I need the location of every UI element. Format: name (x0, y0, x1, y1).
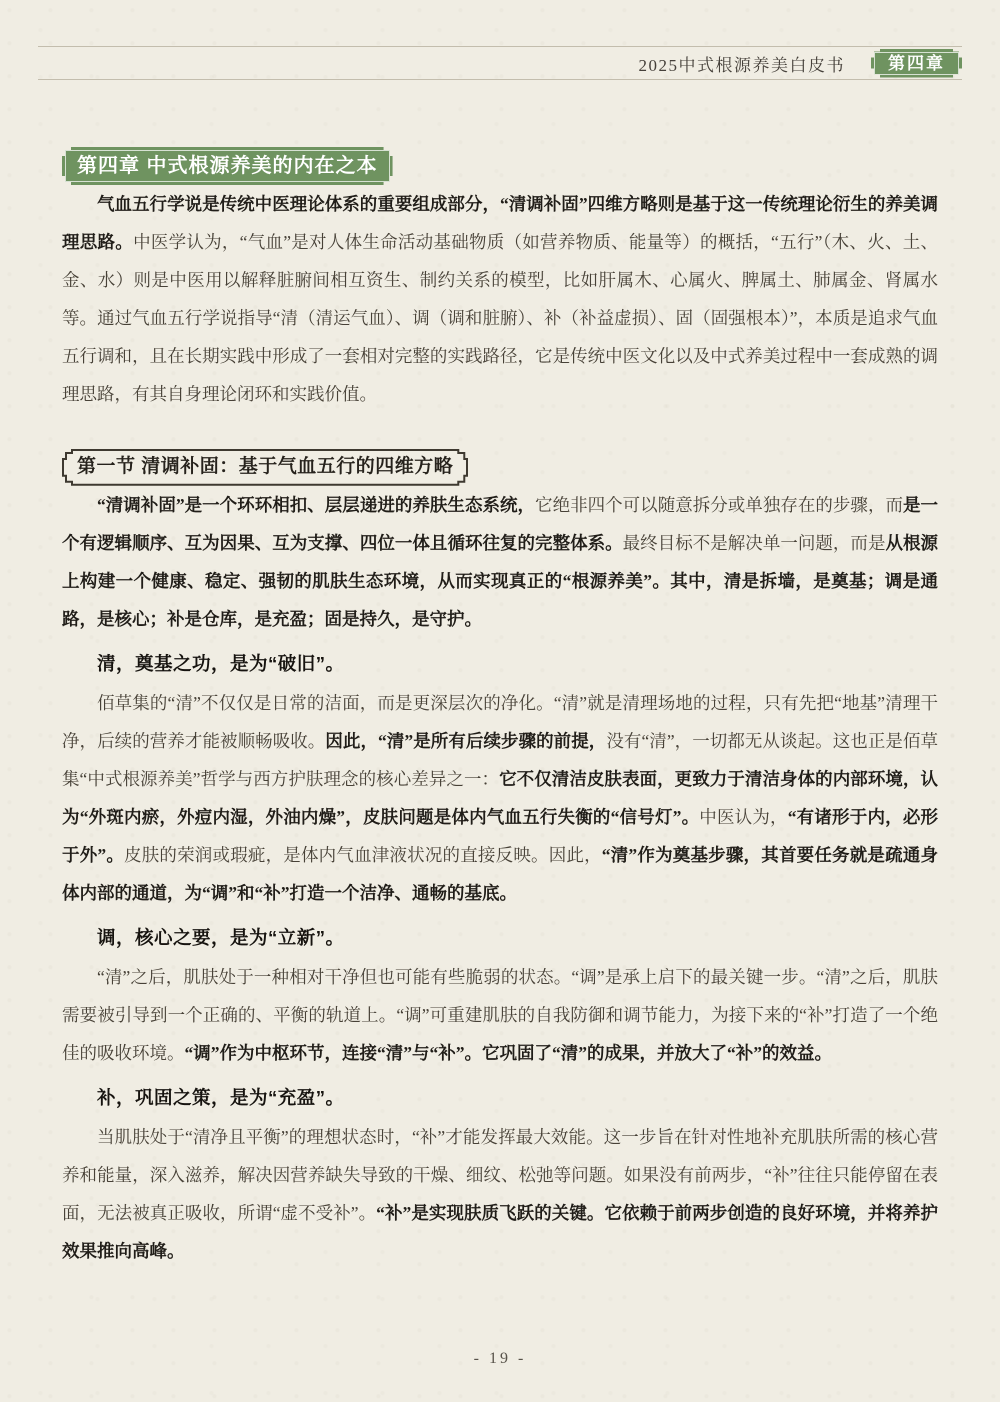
subsection-paragraph-tiao: “清”之后，肌肤处于一种相对干净但也可能有些脆弱的状态。“调”是承上启下的最关键… (62, 958, 938, 1072)
subsection-heading-bu: 补，巩固之策，是为“充盈”。 (62, 1084, 938, 1112)
content-column: 第四章 中式根源养美的内在之本 气血五行学说是传统中医理论体系的重要组成部分，“… (62, 0, 938, 1270)
page-number: - 19 - (0, 1350, 1000, 1368)
subsection-paragraph-bu: 当肌肤处于“清净且平衡”的理想状态时，“补”才能发挥最大效能。这一步旨在针对性地… (62, 1118, 938, 1270)
section-lead-paragraph: “清调补固”是一个环环相扣、层层递进的养肤生态系统，它绝非四个可以随意拆分或单独… (62, 486, 938, 638)
document-page: 2025中式根源养美白皮书 第四章 第四章 中式根源养美的内在之本 气血五行学说… (0, 0, 1000, 1402)
chapter-title-banner: 第四章 中式根源养美的内在之本 (62, 147, 393, 185)
intro-paragraph: 气血五行学说是传统中医理论体系的重要组成部分，“清调补固”四维方略则是基于这一传… (62, 185, 938, 413)
section-title: 第一节 清调补固：基于气血五行的四维方略 (64, 451, 466, 484)
subsection-heading-qing: 清，奠基之功，是为“破旧”。 (62, 650, 938, 678)
subsection-paragraph-qing: 佰草集的“清”不仅仅是日常的洁面，而是更深层次的净化。“清”就是清理场地的过程，… (62, 684, 938, 912)
subsection-heading-tiao: 调，核心之要，是为“立新”。 (62, 924, 938, 952)
section-title-box: 第一节 清调补固：基于气血五行的四维方略 (62, 449, 468, 486)
